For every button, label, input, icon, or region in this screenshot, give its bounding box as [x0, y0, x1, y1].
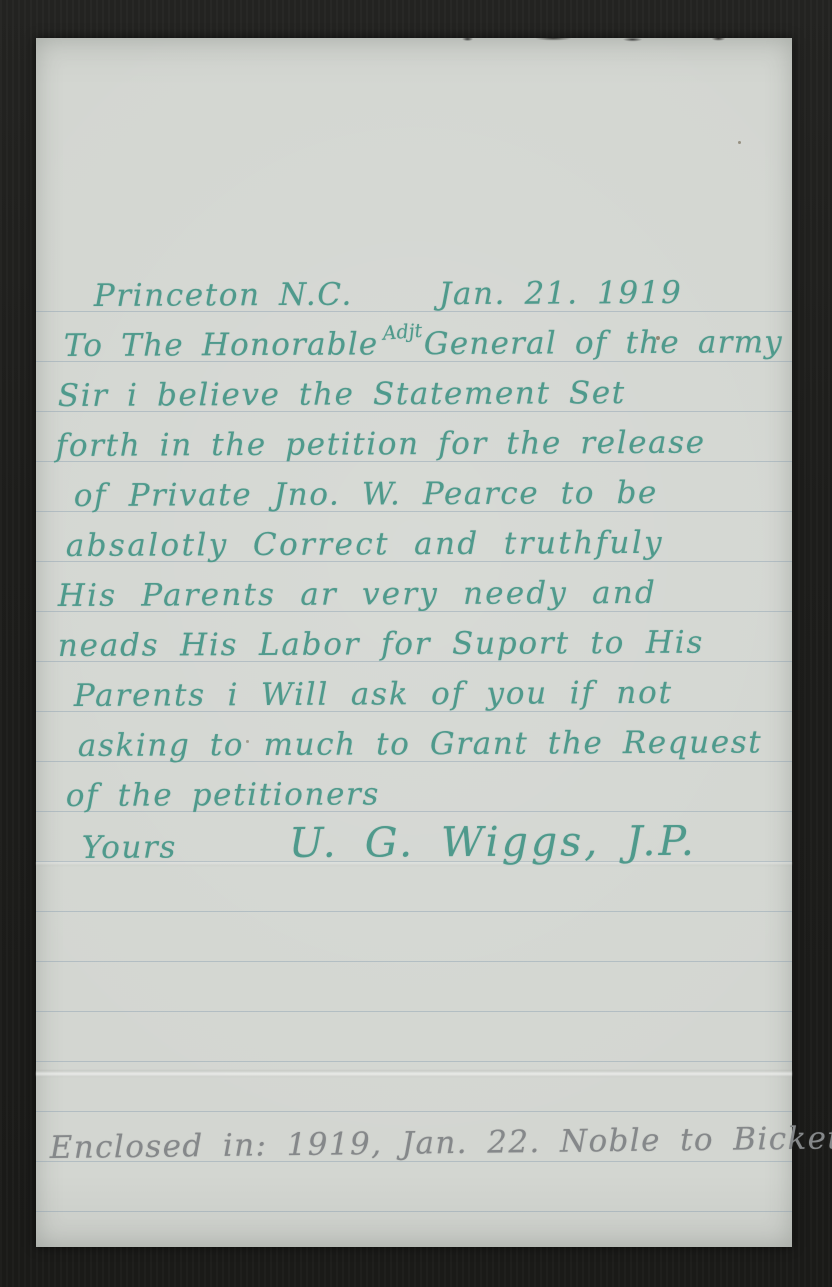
paper-stain [738, 141, 741, 144]
scan-background: Princeton N.C.Jan. 21. 1919 To The Honor… [0, 0, 832, 1287]
closing-signature: U. G. Wiggs, J.P. [289, 817, 697, 867]
letter-body-line: Sir i believe the Statement Set [58, 369, 626, 422]
salutation-post: General of the army [424, 324, 783, 362]
letter-body-line: His Parents ar very needy and [58, 569, 657, 622]
salutation-pre: To The Honorable [64, 326, 379, 364]
letter-salutation: To The HonorableAdjtGeneral of the army [64, 318, 783, 372]
letter-body-line: absalotly Correct and truthfuly [66, 519, 664, 572]
dateline-date: Jan. 21. 1919 [439, 275, 683, 312]
paper-edge-smudge [428, 38, 758, 43]
letter-body-line: asking to much to Grant the Request [78, 718, 763, 772]
salutation-insertion: Adjt [381, 307, 424, 358]
letter-body-line: of Private Jno. W. Pearce to be [74, 469, 658, 522]
archival-pencil-note: Enclosed in: 1919, Jan. 22. Noble to Bic… [50, 1120, 832, 1166]
letter-body-line: neads His Labor for Suport to His [58, 619, 705, 672]
letter-body-line: Parents i Will ask of you if not [74, 669, 673, 722]
letter-body-line: of the petitioners [66, 770, 380, 822]
paper-crease [36, 1070, 792, 1077]
closing-valediction: Yours [82, 830, 177, 866]
letter-body-line: forth in the petition for the release [56, 419, 706, 472]
letter-page: Princeton N.C.Jan. 21. 1919 To The Honor… [36, 38, 792, 1247]
dateline-place: Princeton N.C. [94, 277, 353, 314]
letter-closing: YoursU. G. Wiggs, J.P. [82, 817, 697, 890]
